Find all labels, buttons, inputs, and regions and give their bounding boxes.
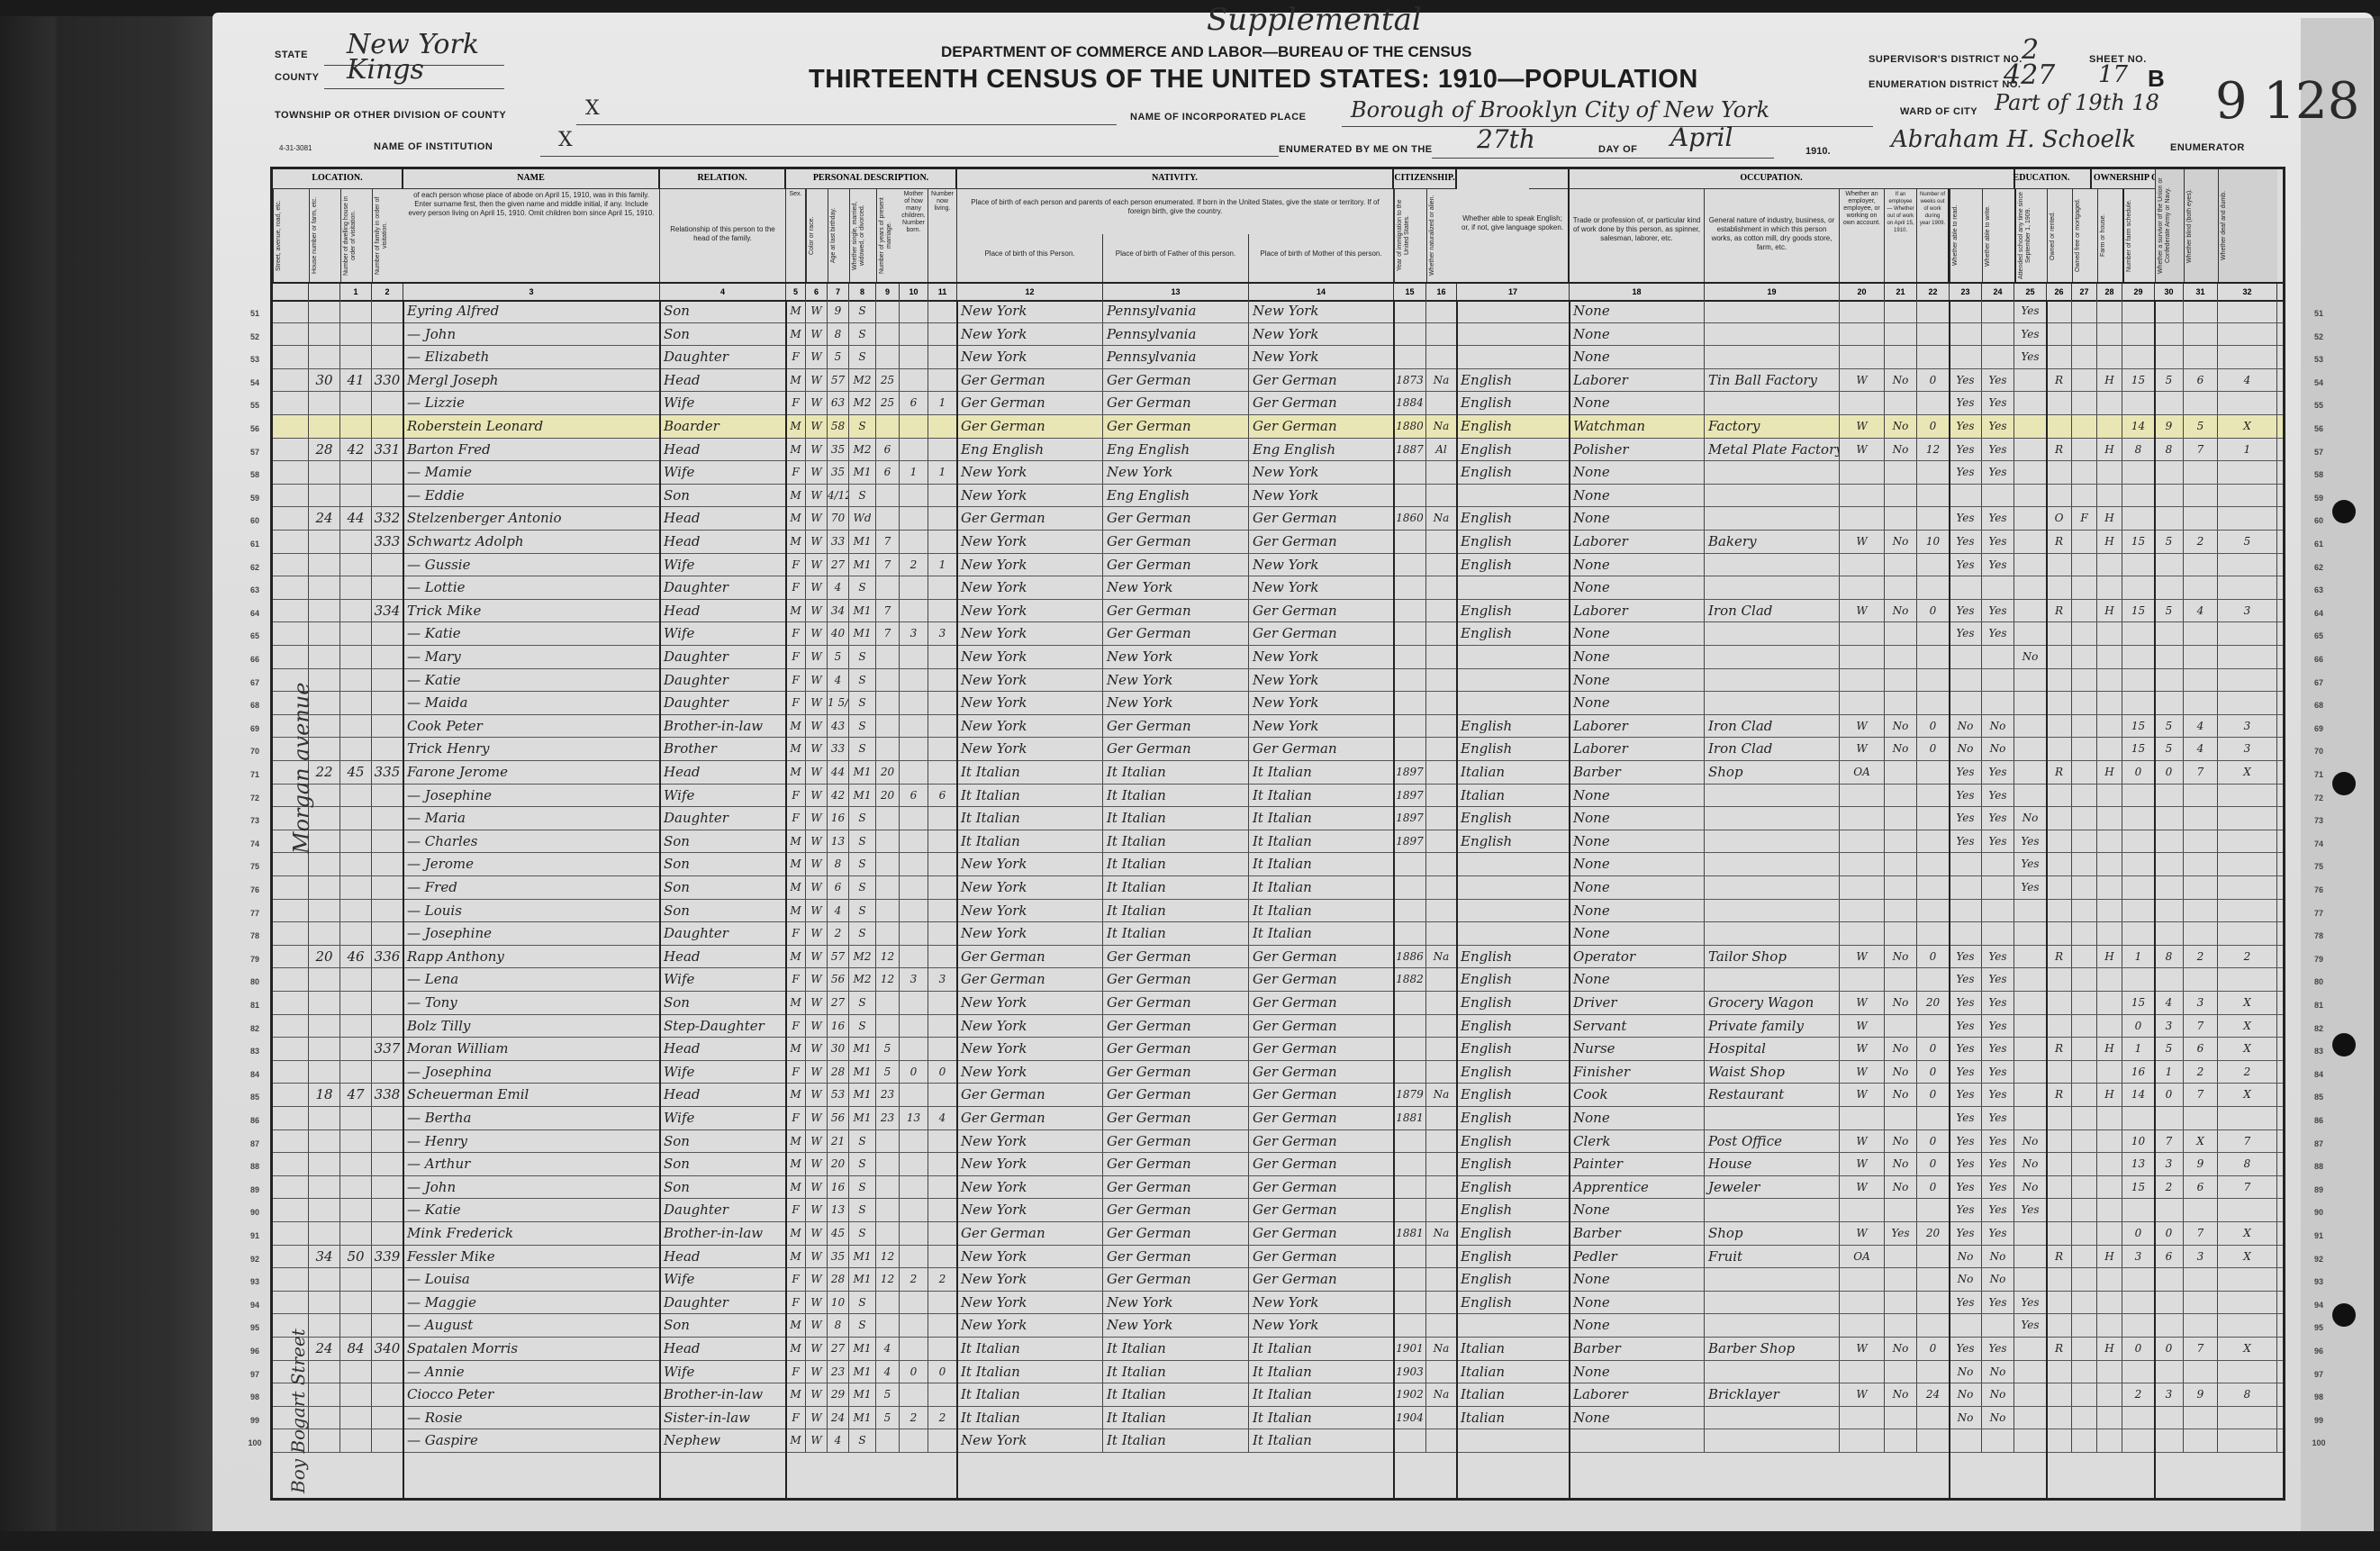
table-row[interactable]: — JeromeSonMW8SNew YorkIt ItalianIt Ital…: [273, 853, 2283, 876]
cell-ind: Shop: [1705, 761, 1840, 784]
cell-dwelling: 46: [340, 946, 372, 968]
table-row[interactable]: — MaidaDaughterFW1 5/12SNew YorkNew York…: [273, 692, 2283, 715]
cell-c32: [2218, 1429, 2277, 1452]
cell-sex: M: [786, 761, 806, 784]
cell-c31: [2184, 1314, 2218, 1337]
cell-fm: [2072, 461, 2097, 484]
cell-name: — Lottie: [403, 576, 660, 599]
cell-bm: It Italian: [1249, 807, 1394, 830]
cell-bf: It Italian: [1103, 785, 1249, 807]
cell-bf: Ger German: [1103, 554, 1249, 576]
table-row[interactable]: 3450339Fessler MikeHeadMW35M112New YorkG…: [273, 1246, 2283, 1269]
cell-c30: 0: [2155, 1222, 2184, 1245]
cell-dwelling: [340, 1361, 372, 1383]
cell-bf: Ger German: [1103, 1130, 1249, 1153]
township-value: X: [585, 97, 600, 120]
table-row[interactable]: — AugustSonMW8SNew YorkNew YorkNew YorkN…: [273, 1314, 2283, 1338]
cell-oow: No: [1885, 415, 1917, 438]
cell-c29: [2122, 830, 2155, 853]
cell-sch: [2014, 785, 2047, 807]
cell-race: W: [806, 1268, 828, 1291]
cell-lang: Italian: [1457, 785, 1570, 807]
table-row[interactable]: Cook PeterBrother-in-lawMW43SNew YorkGer…: [273, 715, 2283, 739]
cell-fh: [2097, 715, 2122, 738]
cell-cl: [928, 900, 957, 922]
table-row[interactable]: — MamieWifeFW35M1611New YorkNew YorkNew …: [273, 461, 2283, 485]
cell-trade: None: [1570, 461, 1705, 484]
cell-emp: W: [1840, 1015, 1885, 1038]
cell-name: — Elizabeth: [403, 346, 660, 368]
cell-bp: New York: [957, 922, 1103, 945]
table-row[interactable]: — LouisSonMW4SNew YorkIt ItalianIt Itali…: [273, 900, 2283, 923]
cell-c32: [2218, 576, 2277, 599]
table-row[interactable]: — LizzieWifeFW63M22561Ger GermanGer Germ…: [273, 392, 2283, 415]
col-employer-header: Whether an employer, employee, or workin…: [1840, 189, 1885, 282]
cell-age: 57: [828, 946, 849, 968]
incorporated-place-label: Name of incorporated place: [1130, 112, 1307, 122]
cell-fm: [2072, 1222, 2097, 1245]
cell-own: [2047, 415, 2072, 438]
cell-rd: Yes: [1950, 761, 1982, 784]
cell-c32: 3: [2218, 600, 2277, 622]
cell-marital: M1: [849, 1361, 876, 1383]
cell-age: 28: [828, 1268, 849, 1291]
cell-cb: 13: [900, 1107, 928, 1129]
table-row[interactable]: 2444332Stelzenberger AntonioHeadMW70WdGe…: [273, 507, 2283, 531]
table-row[interactable]: Eyring AlfredSonMW9SNew YorkPennsylvania…: [273, 300, 2283, 323]
cell-c29: [2122, 1407, 2155, 1429]
cell-trade: None: [1570, 646, 1705, 668]
cell-sex: M: [786, 992, 806, 1014]
line-number-left: 89: [241, 1185, 268, 1194]
cell-fm: [2072, 876, 2097, 899]
table-row[interactable]: — MariaDaughterFW16SIt ItalianIt Italian…: [273, 807, 2283, 830]
cell-ym: 25: [876, 392, 900, 414]
cell-wr: [1982, 1314, 2014, 1337]
cell-street: [273, 992, 309, 1014]
cell-name: Schwartz Adolph: [403, 531, 660, 553]
cell-wr: Yes: [1982, 1038, 2014, 1060]
cell-name: — Lizzie: [403, 392, 660, 414]
cell-race: W: [806, 669, 828, 692]
table-row[interactable]: 333Schwartz AdolphHeadMW33M17New YorkGer…: [273, 531, 2283, 554]
cell-own: R: [2047, 946, 2072, 968]
cell-trade: None: [1570, 922, 1705, 945]
cell-wr: Yes: [1982, 1153, 2014, 1175]
cell-rd: [1950, 692, 1982, 714]
cell-c30: 2: [2155, 1176, 2184, 1199]
cell-sex: M: [786, 1246, 806, 1268]
cell-wk: 0: [1917, 1130, 1950, 1153]
cell-ind: [1705, 1107, 1840, 1129]
cell-dwelling: [340, 692, 372, 714]
cell-race: W: [806, 1153, 828, 1175]
cell-fm: [2072, 1015, 2097, 1038]
cell-c31: [2184, 692, 2218, 714]
table-row[interactable]: — RosieSister-in-lawFW24M1522It ItalianI…: [273, 1407, 2283, 1430]
cell-trade: Watchman: [1570, 415, 1705, 438]
cell-dwelling: [340, 992, 372, 1014]
table-row[interactable]: — JohnSonMW16SNew YorkGer GermanGer Germ…: [273, 1176, 2283, 1200]
cell-c29: [2122, 507, 2155, 530]
cell-imm: [1394, 300, 1426, 322]
cell-own: [2047, 1153, 2072, 1175]
cell-dwelling: [340, 415, 372, 438]
group-name: NAME: [403, 169, 660, 189]
cell-own: [2047, 323, 2072, 346]
table-row[interactable]: Ciocco PeterBrother-in-lawMW29M15It Ital…: [273, 1383, 2283, 1407]
cell-wk: [1917, 1429, 1950, 1452]
cell-own: [2047, 1429, 2072, 1452]
cell-house: [309, 392, 340, 414]
table-row[interactable]: — MaggieDaughterFW10SNew YorkNew YorkNew…: [273, 1292, 2283, 1315]
cell-house: [309, 1361, 340, 1383]
cell-cb: [900, 300, 928, 322]
table-row[interactable]: Bolz TillyStep-DaughterFW16SNew YorkGer …: [273, 1015, 2283, 1039]
colnum: 22: [1917, 284, 1950, 300]
cell-house: 18: [309, 1084, 340, 1106]
line-number: 54: [2305, 378, 2332, 387]
table-row[interactable]: 2046336Rapp AnthonyHeadMW57M212Ger Germa…: [273, 946, 2283, 969]
cell-c31: [2184, 646, 2218, 668]
cell-cl: [928, 415, 957, 438]
col-dwelling-header: Number of dwelling house in order of vis…: [340, 189, 372, 282]
cell-oow: [1885, 761, 1917, 784]
table-row[interactable]: — EddieSonMW4/12SNew YorkEng EnglishNew …: [273, 485, 2283, 508]
cell-house: [309, 600, 340, 622]
line-number: 83: [2305, 1047, 2332, 1056]
table-row[interactable]: — MaryDaughterFW5SNew YorkNew YorkNew Yo…: [273, 646, 2283, 669]
cell-house: 24: [309, 1338, 340, 1360]
cell-c30: [2155, 1292, 2184, 1314]
cell-lang: English: [1457, 992, 1570, 1014]
cell-bp: It Italian: [957, 830, 1103, 853]
cell-age: 33: [828, 738, 849, 760]
col-free-mortgaged-header: Owned free or mortgaged.: [2072, 189, 2097, 282]
cell-name: — Gussie: [403, 554, 660, 576]
cell-c29: [2122, 1429, 2155, 1452]
cell-oow: No: [1885, 992, 1917, 1014]
table-row[interactable]: 334Trick MikeHeadMW34M17New YorkGer Germ…: [273, 600, 2283, 623]
table-row[interactable]: 1847338Scheuerman EmilHeadMW53M123Ger Ge…: [273, 1084, 2283, 1107]
table-row[interactable]: Mink FrederickBrother-in-lawMW45SGer Ger…: [273, 1222, 2283, 1246]
cell-rd: Yes: [1950, 968, 1982, 991]
cell-marital: S: [849, 300, 876, 322]
table-row[interactable]: — TonySonMW27SNew YorkGer GermanGer Germ…: [273, 992, 2283, 1015]
table-row[interactable]: — GussieWifeFW27M1721New YorkGer GermanN…: [273, 554, 2283, 577]
column-divider: [2046, 300, 2048, 1498]
table-row[interactable]: — LouisaWifeFW28M11222New YorkGer German…: [273, 1268, 2283, 1292]
cell-c30: 6: [2155, 1246, 2184, 1268]
table-row[interactable]: — FredSonMW6SNew YorkIt ItalianIt Italia…: [273, 876, 2283, 900]
table-row[interactable]: — GaspireNephewMW4SNew YorkIt ItalianIt …: [273, 1429, 2283, 1453]
cell-fm: [2072, 1268, 2097, 1291]
line-number: 80: [2305, 977, 2332, 986]
cell-c30: 9: [2155, 415, 2184, 438]
cell-marital: M1: [849, 1084, 876, 1106]
cell-trade: Operator: [1570, 946, 1705, 968]
cell-trade: Barber: [1570, 1222, 1705, 1245]
cell-sex: F: [786, 807, 806, 830]
cell-emp: [1840, 968, 1885, 991]
cell-c29: 0: [2122, 1222, 2155, 1245]
cell-cl: [928, 369, 957, 392]
cell-cl: [928, 1292, 957, 1314]
cell-bm: Ger German: [1249, 992, 1394, 1014]
cell-bp: Ger German: [957, 369, 1103, 392]
cell-sex: M: [786, 1130, 806, 1153]
cell-c31: [2184, 1268, 2218, 1291]
table-row[interactable]: — LenaWifeFW56M21233Ger GermanGer German…: [273, 968, 2283, 992]
table-row[interactable]: — ElizabethDaughterFW5SNew YorkPennsylva…: [273, 346, 2283, 369]
cell-c31: [2184, 507, 2218, 530]
table-row[interactable]: — JosephineWifeFW42M12066It ItalianIt It…: [273, 785, 2283, 808]
cell-street: [273, 1084, 309, 1106]
cell-marital: M1: [849, 554, 876, 576]
cell-bm: New York: [1249, 692, 1394, 714]
colnum: [273, 284, 309, 300]
cell-street: [273, 415, 309, 438]
cell-ym: 20: [876, 761, 900, 784]
colnum: 7: [828, 284, 849, 300]
cell-bp: New York: [957, 600, 1103, 622]
table-row[interactable]: — JosephineDaughterFW2SNew YorkIt Italia…: [273, 922, 2283, 946]
line-number-left: 94: [241, 1301, 268, 1310]
cell-bp: New York: [957, 669, 1103, 692]
cell-imm: 1897: [1394, 785, 1426, 807]
cell-age: 16: [828, 1176, 849, 1199]
cell-sex: M: [786, 738, 806, 760]
cell-bp: New York: [957, 1176, 1103, 1199]
cell-c31: 2: [2184, 946, 2218, 968]
table-row[interactable]: 2842331Barton FredHeadMW35M26Eng English…: [273, 439, 2283, 462]
table-row[interactable]: — JohnSonMW8SNew YorkPennsylvaniaNew Yor…: [273, 323, 2283, 347]
table-row[interactable]: 3041330Mergl JosephHeadMW57M225Ger Germa…: [273, 369, 2283, 393]
cell-own: [2047, 669, 2072, 692]
cell-c29: [2122, 646, 2155, 668]
cell-bf: Eng English: [1103, 485, 1249, 507]
cell-wr: No: [1982, 1246, 2014, 1268]
cell-c32: [2218, 461, 2277, 484]
cell-fm: [2072, 1153, 2097, 1175]
table-row[interactable]: — KatieDaughterFW13SNew YorkGer GermanGe…: [273, 1199, 2283, 1222]
cell-sex: F: [786, 461, 806, 484]
cell-rd: [1950, 853, 1982, 875]
table-row[interactable]: 2484340Spatalen MorrisHeadMW27M14It Ital…: [273, 1338, 2283, 1361]
cell-race: W: [806, 622, 828, 645]
table-row[interactable]: 2245335Farone JeromeHeadMW44M120It Itali…: [273, 761, 2283, 785]
colnum: 25: [2014, 284, 2047, 300]
cell-age: 30: [828, 1038, 849, 1060]
cell-ind: [1705, 461, 1840, 484]
cell-name: Trick Mike: [403, 600, 660, 622]
cell-name: — Henry: [403, 1130, 660, 1153]
cell-bm: It Italian: [1249, 853, 1394, 875]
cell-sex: F: [786, 1268, 806, 1291]
cell-c30: 0: [2155, 1084, 2184, 1106]
cell-dwelling: [340, 600, 372, 622]
cell-name: — Katie: [403, 622, 660, 645]
cell-ind: [1705, 554, 1840, 576]
cell-ind: [1705, 900, 1840, 922]
cell-own: [2047, 485, 2072, 507]
cell-emp: [1840, 485, 1885, 507]
cell-wr: [1982, 300, 2014, 322]
cell-ind: [1705, 968, 1840, 991]
cell-street: [273, 485, 309, 507]
cell-age: 4: [828, 900, 849, 922]
cell-oow: No: [1885, 1176, 1917, 1199]
cell-oow: [1885, 807, 1917, 830]
cell-c29: [2122, 392, 2155, 414]
cell-nat: [1426, 1199, 1457, 1221]
cell-lang: English: [1457, 461, 1570, 484]
cell-c29: 15: [2122, 738, 2155, 760]
table-row[interactable]: — CharlesSonMW13SIt ItalianIt ItalianIt …: [273, 830, 2283, 854]
cell-imm: 1873: [1394, 369, 1426, 392]
column-divider: [956, 300, 958, 1498]
cell-trade: Barber: [1570, 1338, 1705, 1360]
cell-emp: W: [1840, 1338, 1885, 1360]
cell-sex: F: [786, 669, 806, 692]
cell-trade: Finisher: [1570, 1061, 1705, 1084]
cell-fh: [2097, 485, 2122, 507]
cell-sex: M: [786, 1153, 806, 1175]
cell-cl: [928, 1199, 957, 1221]
cell-ind: [1705, 300, 1840, 322]
table-row[interactable]: — HenrySonMW21SNew YorkGer GermanGer Ger…: [273, 1130, 2283, 1154]
cell-family: 334: [372, 600, 403, 622]
cell-emp: [1840, 323, 1885, 346]
cell-fm: [2072, 992, 2097, 1014]
table-row[interactable]: — JosephinaWifeFW28M1500New YorkGer Germ…: [273, 1061, 2283, 1084]
line-number: 75: [2305, 862, 2332, 871]
cell-lang: English: [1457, 415, 1570, 438]
table-row[interactable]: 337Moran WilliamHeadMW30M15New YorkGer G…: [273, 1038, 2283, 1061]
cell-cb: [900, 853, 928, 875]
cell-bp: Ger German: [957, 1222, 1103, 1245]
cell-wr: Yes: [1982, 531, 2014, 553]
cell-street: [273, 439, 309, 461]
cell-family: 332: [372, 507, 403, 530]
cell-sex: F: [786, 1361, 806, 1383]
cell-ym: [876, 830, 900, 853]
cell-fm: [2072, 1407, 2097, 1429]
cell-family: [372, 876, 403, 899]
cell-lang: Italian: [1457, 761, 1570, 784]
line-number-left: 93: [241, 1277, 268, 1286]
ward-value: Part of 19th 18: [1995, 90, 2159, 115]
cell-rd: Yes: [1950, 1084, 1982, 1106]
table-row[interactable]: — BerthaWifeFW56M123134Ger GermanGer Ger…: [273, 1107, 2283, 1130]
table-row[interactable]: — LottieDaughterFW4SNew YorkNew YorkNew …: [273, 576, 2283, 600]
table-row[interactable]: — KatieDaughterFW4SNew YorkNew YorkNew Y…: [273, 669, 2283, 693]
cell-house: [309, 876, 340, 899]
table-row[interactable]: — ArthurSonMW20SNew YorkGer GermanGer Ge…: [273, 1153, 2283, 1176]
cell-sch: Yes: [2014, 346, 2047, 368]
cell-wr: No: [1982, 738, 2014, 760]
cell-street: [273, 853, 309, 875]
cell-nat: [1426, 738, 1457, 760]
cell-marital: M1: [849, 622, 876, 645]
cell-dwelling: [340, 1061, 372, 1084]
table-row[interactable]: Trick HenryBrotherMW33SNew YorkGer Germa…: [273, 738, 2283, 761]
cell-wk: [1917, 785, 1950, 807]
cell-age: 16: [828, 1015, 849, 1038]
cell-c30: 0: [2155, 1338, 2184, 1360]
cell-nat: [1426, 600, 1457, 622]
cell-trade: None: [1570, 830, 1705, 853]
col-birth-mother-header: Place of birth of Mother of this person.: [1249, 234, 1394, 282]
cell-bf: Pennsylvania: [1103, 323, 1249, 346]
cell-rd: Yes: [1950, 1038, 1982, 1060]
cell-family: [372, 1107, 403, 1129]
cell-ym: [876, 346, 900, 368]
line-number: 96: [2305, 1347, 2332, 1356]
cell-cb: 3: [900, 968, 928, 991]
cell-bm: Ger German: [1249, 600, 1394, 622]
cell-bf: Ger German: [1103, 369, 1249, 392]
cell-lang: English: [1457, 1292, 1570, 1314]
cell-age: 70: [828, 507, 849, 530]
cell-sex: F: [786, 1292, 806, 1314]
table-row[interactable]: Roberstein LeonardBoarderMW58SGer German…: [273, 415, 2283, 439]
cell-ind: [1705, 922, 1840, 945]
cell-name: Bolz Tilly: [403, 1015, 660, 1038]
cell-fm: [2072, 1199, 2097, 1221]
cell-own: R: [2047, 600, 2072, 622]
cell-family: [372, 830, 403, 853]
cell-fm: [2072, 554, 2097, 576]
cell-lang: English: [1457, 738, 1570, 760]
cell-own: [2047, 715, 2072, 738]
cell-own: [2047, 300, 2072, 322]
cell-imm: 1902: [1394, 1383, 1426, 1406]
cell-family: [372, 853, 403, 875]
cell-oow: Yes: [1885, 1222, 1917, 1245]
cell-bf: It Italian: [1103, 1338, 1249, 1360]
cell-oow: [1885, 646, 1917, 668]
cell-sch: [2014, 369, 2047, 392]
line-number-left: 72: [241, 794, 268, 803]
cell-cb: 2: [900, 1268, 928, 1291]
cell-bf: It Italian: [1103, 853, 1249, 875]
cell-lang: English: [1457, 1084, 1570, 1106]
cell-ind: [1705, 1292, 1840, 1314]
cell-relation: Daughter: [660, 1292, 786, 1314]
cell-ym: 5: [876, 1038, 900, 1060]
table-row[interactable]: — KatieWifeFW40M1733New YorkGer GermanGe…: [273, 622, 2283, 646]
cell-nat: [1426, 1407, 1457, 1429]
sheet-value: 17: [2098, 61, 2128, 88]
cell-family: [372, 1061, 403, 1084]
colnum: 8: [849, 284, 876, 300]
cell-cl: [928, 853, 957, 875]
cell-cb: [900, 369, 928, 392]
cell-dwelling: [340, 323, 372, 346]
colnum: 29: [2122, 284, 2155, 300]
cell-ind: [1705, 1268, 1840, 1291]
colnum: 18: [1570, 284, 1705, 300]
cell-own: [2047, 461, 2072, 484]
line-number-left: 83: [241, 1047, 268, 1056]
cell-ym: 7: [876, 554, 900, 576]
table-row[interactable]: — AnnieWifeFW23M1400It ItalianIt Italian…: [273, 1361, 2283, 1384]
cell-sch: [2014, 600, 2047, 622]
cell-bp: Ger German: [957, 1107, 1103, 1129]
cell-nat: [1426, 576, 1457, 599]
cell-bm: New York: [1249, 346, 1394, 368]
